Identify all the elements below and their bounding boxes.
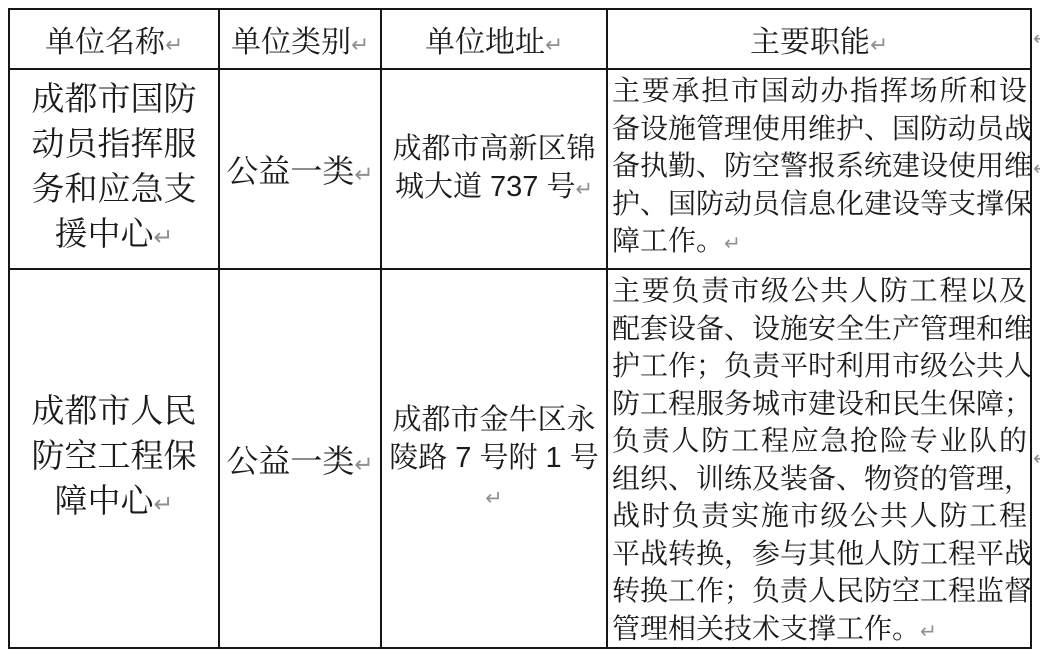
unit-category-text: 公益一类 (226, 443, 354, 479)
row-end-mark-icon: ↵ (1033, 446, 1040, 470)
cell-content: 成都市金牛区永 陵路 7 号附 1 号↵ (382, 401, 606, 517)
cell-content: 公益一类↵ (226, 436, 373, 482)
cell-content: 单位地址↵ (425, 17, 563, 61)
unit-category-cell-row1[interactable]: 公益一类↵ (220, 70, 382, 270)
row-end-mark-icon: ↵ (1033, 26, 1040, 50)
functions-line: 战时负责实施市级公共人防工程 (612, 497, 1027, 535)
header-cell-unit-name[interactable]: 单位名称↵ (10, 10, 220, 70)
header-cell-unit-category[interactable]: 单位类别↵ (220, 10, 382, 70)
cell-return-mark-icon: ↵ (920, 619, 937, 643)
cell-content: 单位名称↵ (45, 17, 183, 61)
header-cell-main-functions[interactable]: 主要职能↵ (608, 10, 1030, 70)
header-label-unit-address: 单位地址 (425, 26, 545, 59)
unit-address-text: 成都市金牛区永 陵路 7 号附 1 号 (389, 404, 599, 474)
functions-line: 平战转换，参与其他人防工程平战 (612, 535, 1027, 573)
functions-line: 护、国防动员信息化建设等支撑保 (612, 185, 1027, 223)
functions-line: 备设施管理使用维护、国防动员战 (612, 110, 1027, 148)
unit-name-cell-row2[interactable]: 成都市人民 防空工程保 障中心↵ (10, 270, 220, 647)
functions-line: 主要承担市国动办指挥场所和设 (612, 72, 1027, 110)
cell-content: 成都市人民 防空工程保 障中心↵ (32, 390, 197, 527)
cell-content: 公益一类↵ (226, 146, 373, 192)
header-label-main-functions: 主要职能 (750, 26, 870, 59)
cell-return-mark-icon: ↵ (724, 231, 741, 255)
functions-line: 负责人防工程应急抢险专业队的 (612, 422, 1027, 460)
cell-return-mark-icon: ↵ (575, 177, 593, 201)
header-cell-unit-address[interactable]: 单位地址↵ (382, 10, 608, 70)
cell-return-mark-icon: ↵ (351, 33, 369, 58)
functions-line: 护工作；负责平时利用市级公共人 (612, 347, 1027, 385)
cell-content: 成都市国防 动员指挥服 务和应急支 援中心↵ (32, 78, 197, 260)
unit-address-cell-row1[interactable]: 成都市高新区锦 城大道 737 号↵ (382, 70, 608, 270)
functions-line: 管理相关技术支撑工作。↵ (612, 610, 1027, 648)
cell-return-mark-icon: ↵ (485, 486, 503, 510)
functions-line: 配套设备、设施安全生产管理和维 (612, 310, 1027, 348)
main-functions-cell-row2[interactable]: 主要负责市级公共人防工程以及配套设备、设施安全生产管理和维护工作；负责平时利用市… (608, 270, 1030, 647)
cell-return-mark-icon: ↵ (870, 33, 888, 58)
cell-return-mark-icon: ↵ (154, 223, 174, 251)
cell-return-mark-icon: ↵ (154, 490, 174, 518)
cell-return-mark-icon: ↵ (354, 162, 373, 188)
functions-line: 组织、训练及装备、物资的管理， (612, 460, 1027, 498)
cell-return-mark-icon: ↵ (545, 33, 563, 58)
main-functions-cell-row1[interactable]: 主要承担市国动办指挥场所和设备设施管理使用维护、国防动员战备执勤、防空警报系统建… (608, 70, 1030, 270)
unit-name-cell-row1[interactable]: 成都市国防 动员指挥服 务和应急支 援中心↵ (10, 70, 220, 270)
unit-category-text: 公益一类 (226, 153, 354, 189)
cell-content: 主要职能↵ (750, 17, 888, 61)
header-label-unit-category: 单位类别 (231, 26, 351, 59)
functions-line: 防工程服务城市建设和民生保障； (612, 385, 1027, 423)
cell-content: 成都市高新区锦 城大道 737 号↵ (392, 130, 595, 208)
document-table: 单位名称↵ 单位类别↵ 单位地址↵ 主要职能↵ 成都市国防 动员指挥服 务和应急… (8, 8, 1032, 649)
unit-category-cell-row2[interactable]: 公益一类↵ (220, 270, 382, 647)
unit-address-text: 成都市高新区锦 城大道 737 号 (392, 133, 595, 203)
row-end-mark-icon: ↵ (1033, 156, 1040, 180)
functions-line: 备执勤、防空警报系统建设使用维 (612, 147, 1027, 185)
cell-return-mark-icon: ↵ (165, 33, 183, 58)
cell-content: 单位类别↵ (231, 17, 369, 61)
cell-return-mark-icon: ↵ (354, 452, 373, 478)
functions-line: 主要负责市级公共人防工程以及 (612, 272, 1027, 310)
functions-line: 转换工作；负责人民防空工程监督 (612, 572, 1027, 610)
unit-address-cell-row2[interactable]: 成都市金牛区永 陵路 7 号附 1 号↵ (382, 270, 608, 647)
header-label-unit-name: 单位名称 (45, 26, 165, 59)
functions-line: 障工作。↵ (612, 222, 1027, 263)
